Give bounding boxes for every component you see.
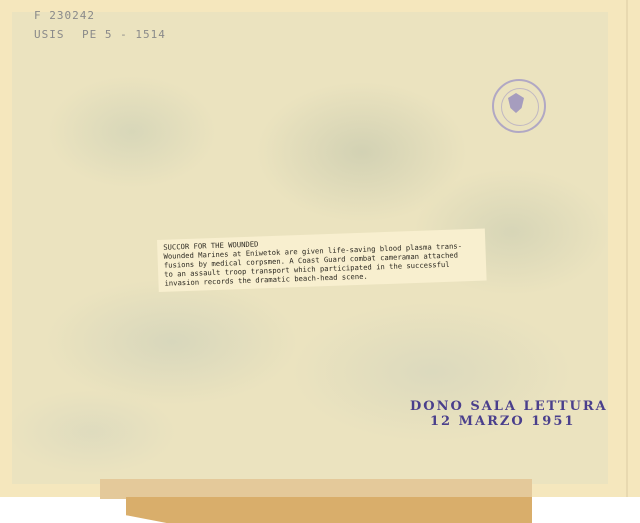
handwritten-reference: PE 5 - 1514 (82, 28, 166, 41)
paper-edge (626, 0, 628, 497)
mount-tab (100, 479, 532, 499)
photo-back-sheet: F 230242 USIS PE 5 - 1514 SUCCOR FOR THE… (0, 0, 640, 497)
circular-stamp (492, 79, 546, 133)
donation-stamp-date: 12 MARZO 1951 (430, 414, 575, 429)
tape-strip (126, 497, 532, 523)
handwritten-inventory-number: F 230242 (34, 9, 95, 22)
donation-stamp-line1: DONO SALA LETTURA (410, 399, 608, 414)
handwritten-source: USIS (34, 28, 65, 41)
